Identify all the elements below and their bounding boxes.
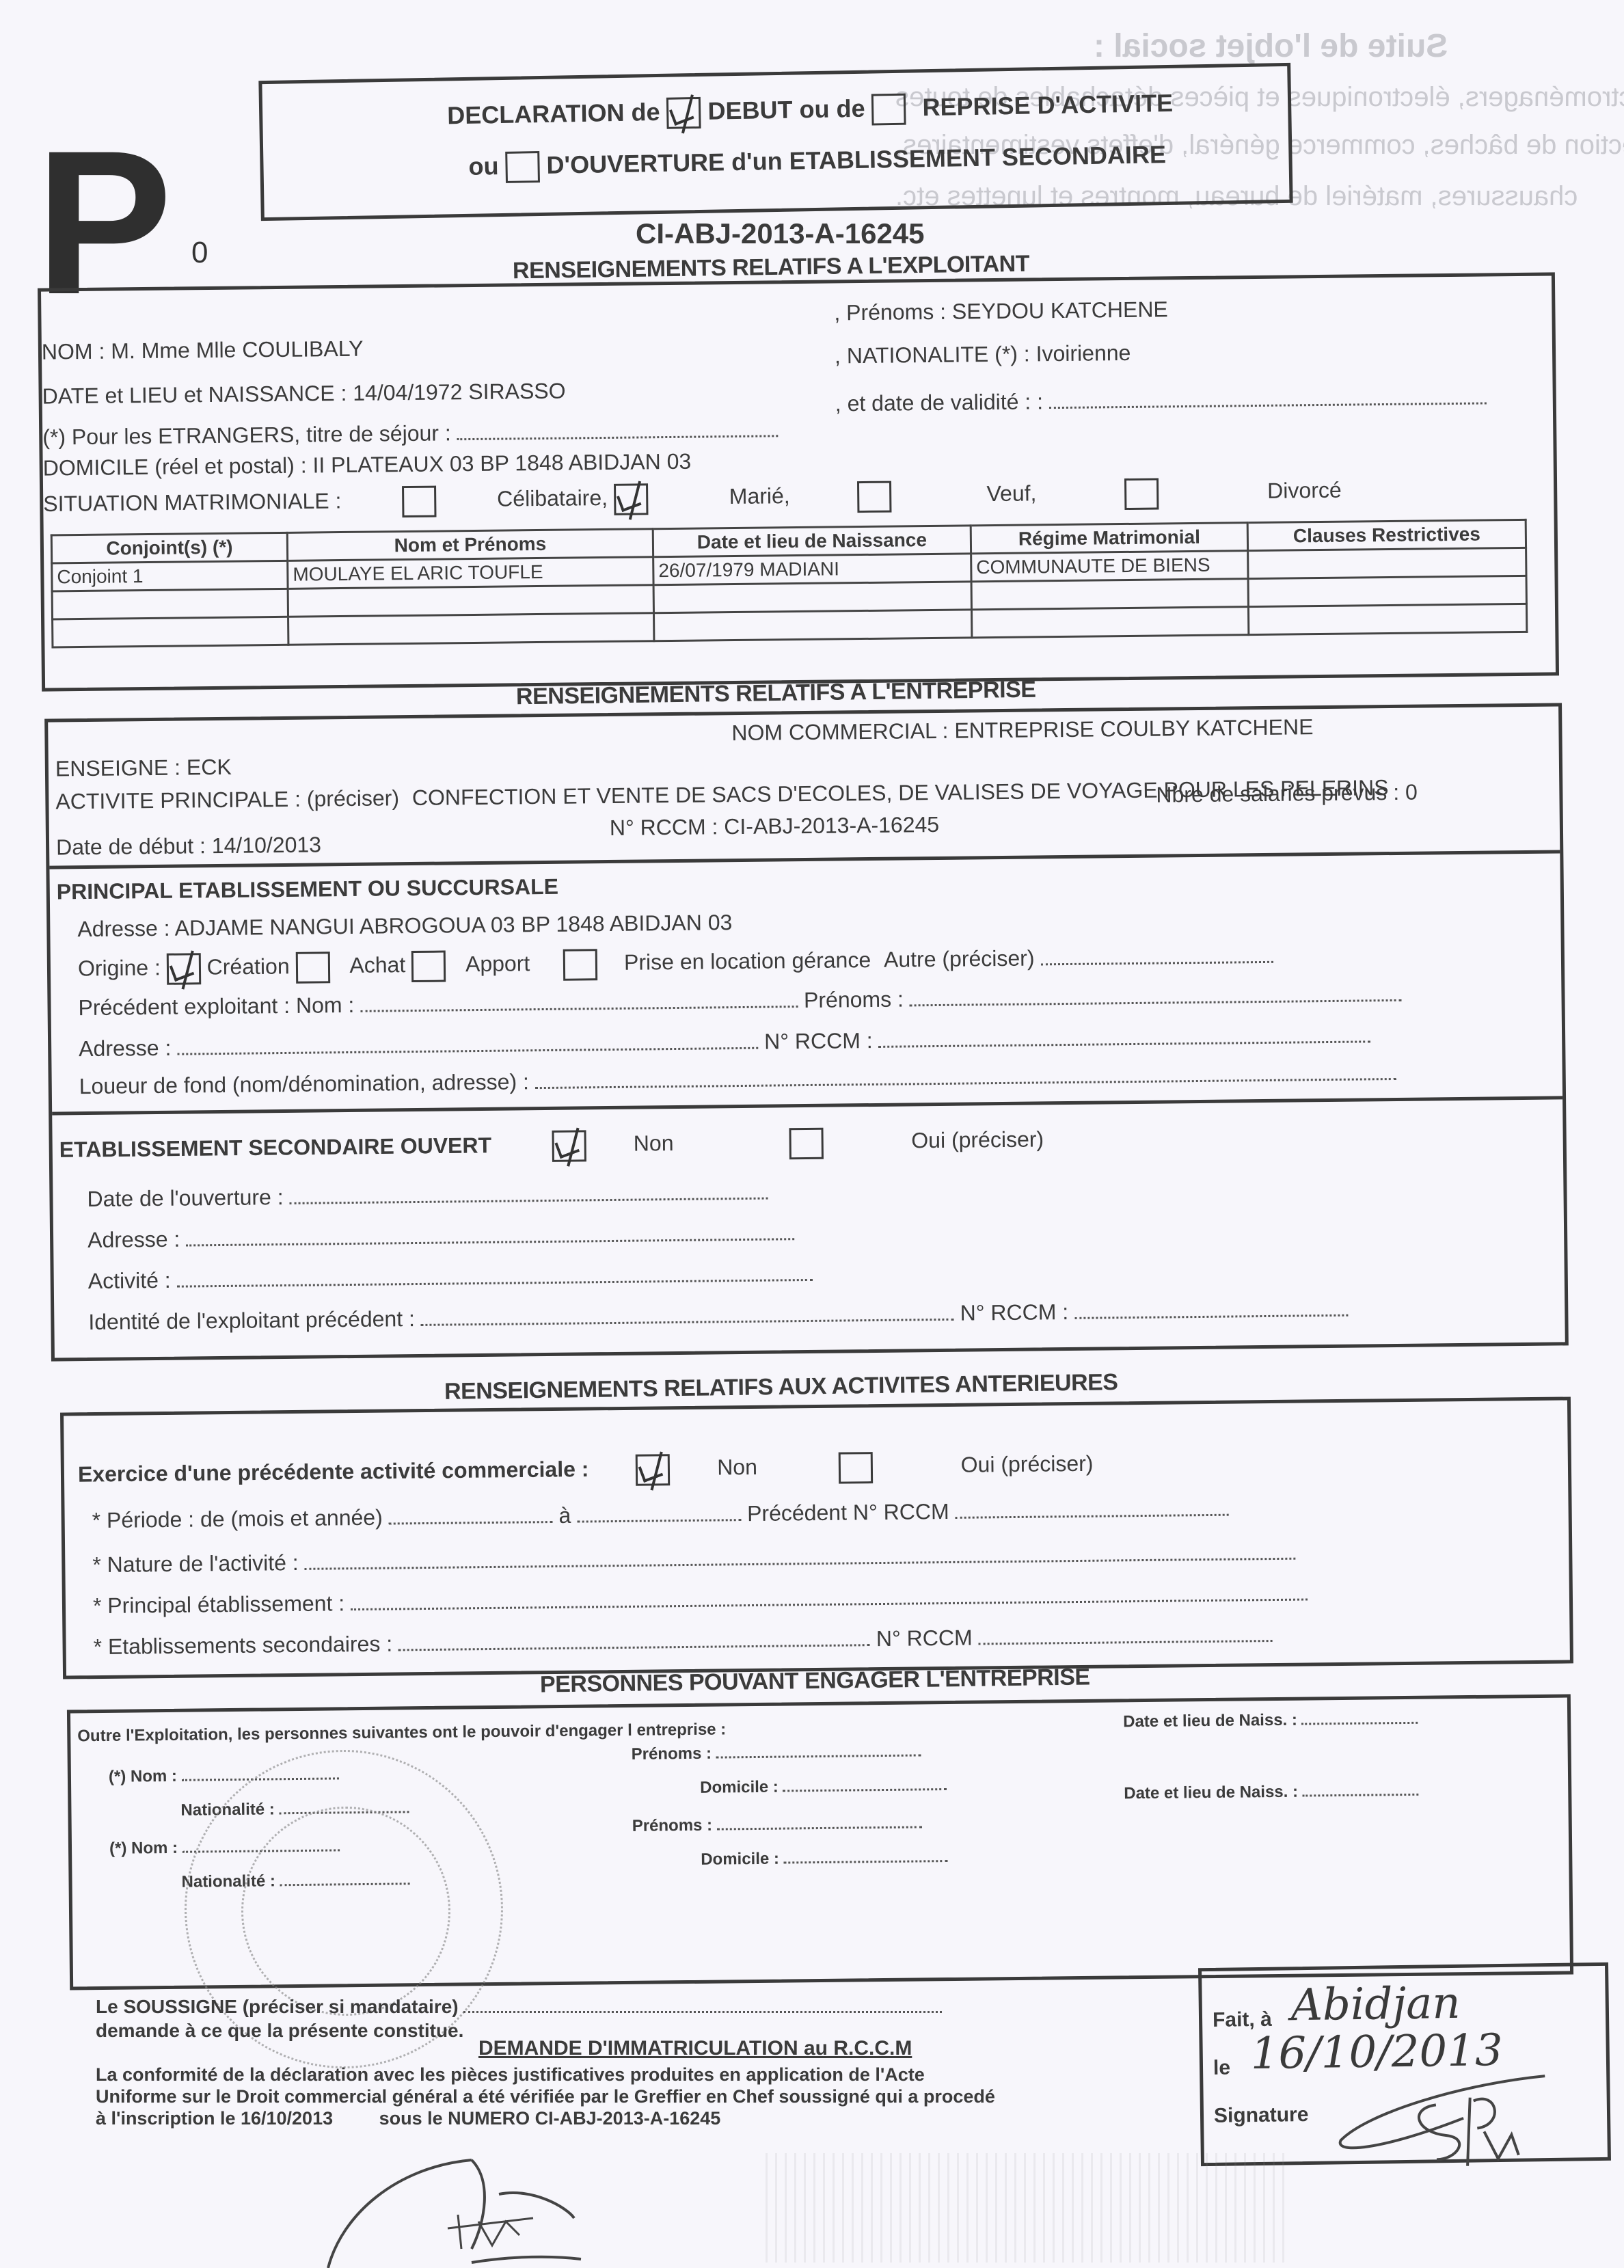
debut-date-value[interactable]: 14/10/2013 — [212, 832, 322, 858]
anterieur-secondaires-label: * Etablissements secondaires : — [93, 1632, 392, 1660]
ouverture-label: D'OUVERTURE d'un ETABLISSEMENT SECONDAIR… — [546, 140, 1166, 179]
situation-label-celibataire: Célibataire, — [497, 485, 608, 511]
table-cell[interactable] — [971, 579, 1248, 610]
table-cell[interactable] — [1248, 604, 1526, 634]
table-cell[interactable] — [288, 585, 653, 617]
table-cell[interactable] — [288, 613, 654, 645]
debut-date-label: Date de début : — [56, 833, 206, 859]
table-cell[interactable] — [653, 610, 971, 641]
periode-label: * Période : de (mois et année) — [92, 1505, 382, 1533]
origine-autre-field[interactable] — [1040, 957, 1273, 966]
precedent-rccm-field[interactable] — [879, 1036, 1371, 1048]
inscription-date: à l'inscription le 16/10/2013 — [96, 2108, 333, 2129]
rccm-number-title: CI-ABJ-2013-A-16245 — [636, 217, 925, 250]
reprise-label: REPRISE D'ACTIVITE — [922, 89, 1173, 121]
prenoms-value[interactable]: SEYDOU KATCHENE — [952, 297, 1168, 323]
domicile-label: DOMICILE (réel et postal) : — [43, 453, 307, 481]
personne2-naiss-field[interactable] — [1303, 1790, 1419, 1797]
anterieur-rccm-field[interactable] — [979, 1636, 1273, 1645]
entreprise-rccm-label: N° RCCM : — [610, 814, 718, 840]
secondaire-adresse-label: Adresse : — [87, 1227, 180, 1252]
personne1-nom-label: (*) Nom : — [109, 1767, 177, 1786]
inscription-numero: sous le NUMERO CI-ABJ-2013-A-16245 — [379, 2108, 721, 2129]
nom-commercial-value[interactable]: ENTREPRISE COULBY KATCHENE — [954, 714, 1314, 742]
demande-line: demande à ce que la présente constitue. — [96, 2020, 463, 2042]
situation-label-veuf: Veuf, — [986, 481, 1036, 507]
origine-checkbox-creation[interactable] — [167, 953, 201, 985]
secondaire-activite-label: Activité : — [88, 1268, 171, 1293]
naissance-label: DATE et LIEU et NAISSANCE : — [42, 381, 347, 409]
enseigne-value[interactable]: ECK — [187, 755, 232, 780]
secondaire-activite-field[interactable] — [177, 1275, 813, 1288]
entreprise-section: NOM COMMERCIAL : ENTREPRISE COULBY KATCH… — [44, 703, 1569, 1361]
situation-label: SITUATION MATRIMONIALE : — [43, 488, 342, 516]
personne2-domicile-label: Domicile : — [701, 1850, 779, 1869]
secondaire-oui-label: Oui (préciser) — [911, 1127, 1044, 1153]
conformite-line-1: La conformité de la déclaration avec les… — [96, 2064, 925, 2085]
conformite-line-2: Uniforme sur le Droit commercial général… — [96, 2086, 995, 2107]
soussigne-field[interactable] — [463, 2007, 942, 2013]
personne1-domicile-label: Domicile : — [700, 1778, 779, 1797]
table-cell[interactable] — [653, 582, 971, 613]
nom-commercial-label: NOM COMMERCIAL : — [731, 718, 948, 745]
greffier-signature-icon — [314, 2153, 697, 2268]
origine-label: Origine : — [78, 955, 161, 980]
applicant-signature-icon[interactable] — [1326, 2069, 1573, 2182]
loueur-label: Loueur de fond (nom/dénomination, adress… — [79, 1069, 530, 1098]
situation-checkbox-veuf[interactable] — [857, 481, 891, 513]
entreprise-rccm-value[interactable]: CI-ABJ-2013-A-16245 — [724, 812, 939, 839]
nationalite-value[interactable]: Ivoirienne — [1036, 340, 1131, 366]
origine-label-location: Prise en location gérance — [624, 947, 871, 975]
nationalite-label: , NATIONALITE (*) : — [835, 341, 1030, 368]
fait-value[interactable]: Abidjan — [1290, 1978, 1461, 2031]
exercice-label: Exercice d'une précédente activité comme… — [78, 1457, 589, 1487]
secondaire-adresse-field[interactable] — [186, 1234, 794, 1246]
sejour-label: (*) Pour les ETRANGERS, titre de séjour … — [42, 420, 451, 449]
nature-field[interactable] — [305, 1554, 1296, 1570]
precedent-adresse-field[interactable] — [177, 1043, 758, 1055]
le-label: le — [1213, 2057, 1231, 2080]
ouverture-checkbox[interactable] — [505, 152, 540, 184]
personne1-prenoms-field[interactable] — [716, 1750, 921, 1758]
table-cell[interactable]: MOULAYE EL ARIC TOUFLE — [288, 557, 653, 589]
debut-label: DEBUT ou de — [707, 94, 865, 125]
demande-title: DEMANDE D'IMMATRICULATION au R.C.C.M — [478, 2037, 912, 2060]
reprise-checkbox[interactable] — [871, 94, 906, 126]
precedent-nom-label: Précédent exploitant : Nom : — [78, 993, 354, 1020]
ou-label: ou — [468, 152, 499, 180]
periode-a-label: à — [558, 1503, 571, 1528]
stamp-emblem-icon — [241, 1807, 450, 2016]
anterieures-oui-label: Oui (préciser) — [960, 1451, 1093, 1477]
prenoms-label: , Prénoms : — [834, 299, 946, 325]
registration-form-page: Suite de l'objet social : Achat et vente… — [0, 0, 1624, 2268]
secondaire-date-field[interactable] — [290, 1193, 768, 1204]
anterieur-rccm-label: N° RCCM — [876, 1625, 973, 1651]
situation-checkbox-marie[interactable] — [614, 483, 648, 515]
spouse-table: Conjoint(s) (*) Nom et Prénoms Date et l… — [51, 519, 1528, 649]
precedent-rccm-label: N° RCCM : — [764, 1028, 873, 1054]
secondaire-identite-field[interactable] — [421, 1314, 954, 1326]
column-header: Conjoint(s) (*) — [51, 532, 287, 563]
personne2-prenoms-field[interactable] — [717, 1822, 922, 1830]
anterieur-principal-field[interactable] — [351, 1594, 1308, 1610]
personne2-prenoms-label: Prénoms : — [632, 1816, 713, 1835]
precedent-prenoms-label: Prénoms : — [804, 987, 904, 1013]
salaries-value[interactable]: 0 — [1405, 780, 1418, 805]
declaration-box: DECLARATION de DEBUT ou de REPRISE D'ACT… — [258, 63, 1293, 221]
anterieures-section: Exercice d'une précédente activité comme… — [60, 1396, 1573, 1679]
signature-box: Fait, à Abidjan le 16/10/2013 Signature — [1198, 1962, 1611, 2166]
origine-checkbox-apport[interactable] — [411, 951, 446, 983]
validite-field[interactable] — [1049, 398, 1487, 409]
origine-label-achat: Achat — [349, 953, 405, 978]
secondaire-non-checkbox[interactable] — [552, 1130, 586, 1162]
origine-checkbox-location[interactable] — [563, 949, 597, 981]
anterieur-secondaires-field[interactable] — [398, 1640, 870, 1651]
exploitant-section: NOM : M. Mme Mlle COULIBALY , Prénoms : … — [38, 272, 1559, 691]
divider — [52, 1096, 1562, 1115]
anterieur-principal-label: * Principal établissement : — [93, 1591, 345, 1618]
column-header: Clauses Restrictives — [1247, 519, 1526, 550]
table-cell[interactable]: COMMUNAUTE DE BIENS — [971, 551, 1248, 582]
principal-title: PRINCIPAL ETABLISSEMENT OU SUCCURSALE — [57, 874, 559, 905]
nom-value[interactable]: COULIBALY — [242, 336, 364, 362]
secondaire-date-label: Date de l'ouverture : — [87, 1185, 284, 1211]
personne1-naiss-label: Date et lieu de Naiss. : — [1123, 1711, 1297, 1731]
personne2-nom-label: (*) Nom : — [109, 1839, 178, 1858]
situation-checkbox-celibataire[interactable] — [402, 486, 436, 518]
periode-from-field[interactable] — [389, 1517, 553, 1525]
situation-label-divorce: Divorcé — [1267, 478, 1342, 503]
domicile-value[interactable]: II PLATEAUX 03 BP 1848 ABIDJAN 03 — [312, 449, 691, 478]
table-cell[interactable] — [53, 617, 288, 647]
periode-to-field[interactable] — [577, 1515, 741, 1523]
nom-label: NOM : M. Mme Mlle — [42, 338, 236, 364]
personnes-intro: Outre l'Exploitation, les personnes suiv… — [77, 1720, 726, 1746]
soussigne-label: Le SOUSSIGNE (préciser si mandataire) — [96, 1996, 459, 2017]
column-header: Nom et Prénoms — [287, 529, 653, 561]
origine-label-creation: Création — [206, 954, 289, 979]
secondaire-non-label: Non — [634, 1131, 674, 1156]
secondaire-rccm-field[interactable] — [1074, 1310, 1348, 1319]
loueur-field[interactable] — [535, 1074, 1396, 1089]
secondaire-identite-label: Identité de l'exploitant précédent : — [88, 1306, 415, 1334]
origine-checkbox-achat[interactable] — [295, 951, 329, 984]
personne1-prenoms-label: Prénoms : — [631, 1744, 712, 1764]
declaration-prefix: DECLARATION de — [447, 98, 660, 129]
table-cell[interactable] — [52, 589, 288, 619]
table-cell[interactable] — [1248, 576, 1526, 606]
naissance-value[interactable]: 14/04/1972 SIRASSO — [353, 379, 566, 405]
table-cell[interactable]: 26/07/1979 MADIANI — [653, 554, 971, 585]
table-cell[interactable] — [971, 607, 1248, 638]
stamp-residue — [766, 2153, 1285, 2263]
situation-label-marie: Marié, — [729, 484, 790, 509]
situation-checkbox-divorce[interactable] — [1124, 478, 1159, 510]
table-cell[interactable]: Conjoint 1 — [52, 561, 288, 591]
activite-label: ACTIVITE PRINCIPALE : (préciser) — [55, 785, 399, 813]
secondaire-title: ETABLISSEMENT SECONDAIRE OUVERT — [59, 1133, 492, 1162]
enseigne-label: ENSEIGNE : — [55, 755, 181, 781]
precedent-rccm-field-2[interactable] — [956, 1510, 1229, 1519]
anterieures-oui-checkbox[interactable] — [839, 1452, 873, 1484]
salaries-label: Nbre de salariés prévus : — [1156, 780, 1399, 807]
precedent-nom-field[interactable] — [360, 1001, 798, 1012]
section-title-anterieures: RENSEIGNEMENTS RELATIFS AUX ACTIVITES AN… — [444, 1369, 1118, 1405]
table-cell[interactable] — [1248, 548, 1526, 578]
personne1-naiss-field[interactable] — [1302, 1718, 1418, 1725]
column-header: Date et lieu de Naissance — [653, 526, 971, 557]
sejour-field[interactable] — [457, 431, 779, 440]
precedent-prenoms-field[interactable] — [910, 995, 1402, 1007]
precedent-adresse-label: Adresse : — [79, 1036, 172, 1061]
secondaire-rccm-label: N° RCCM : — [960, 1299, 1068, 1325]
origine-label-apport: Apport — [465, 951, 530, 977]
column-header: Régime Matrimonial — [971, 523, 1247, 554]
debut-checkbox[interactable] — [666, 97, 701, 129]
fait-label: Fait, à — [1213, 2008, 1272, 2031]
validite-label: , et date de validité : : — [835, 389, 1044, 416]
personne1-domicile-field[interactable] — [783, 1784, 947, 1792]
personne2-domicile-field[interactable] — [784, 1856, 948, 1864]
precedent-rccm-label-2: Précédent N° RCCM — [747, 1499, 949, 1526]
origine-autre-label: Autre (préciser) — [884, 946, 1035, 972]
secondaire-oui-checkbox[interactable] — [789, 1128, 823, 1160]
principal-adresse-value[interactable]: ADJAME NANGUI ABROGOUA 03 BP 1848 ABIDJA… — [174, 910, 732, 941]
nature-label: * Nature de l'activité : — [92, 1550, 299, 1577]
principal-adresse-label: Adresse : — [77, 916, 170, 941]
form-index: 0 — [191, 236, 208, 270]
anterieures-non-checkbox[interactable] — [636, 1454, 670, 1486]
personne2-naiss-label: Date et lieu de Naiss. : — [1124, 1783, 1298, 1803]
anterieures-non-label: Non — [717, 1455, 757, 1480]
signature-label: Signature — [1214, 2103, 1309, 2128]
bleed-through-title: Suite de l'objet social : — [1094, 27, 1448, 65]
